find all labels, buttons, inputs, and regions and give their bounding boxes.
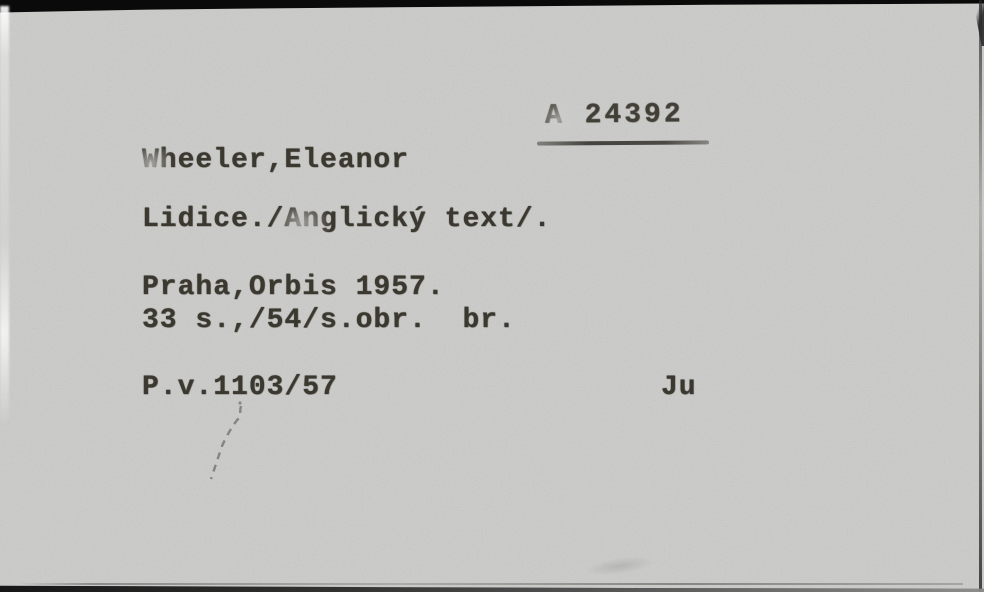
accession-number: A 24392 (545, 101, 684, 130)
title-line: Lidice./Anglický text/. (142, 206, 551, 234)
imprint-line: Praha,Orbis 1957. (142, 274, 445, 302)
scanned-catalog-card: A 24392 Wheeler,Eleanor Lidice./Anglický… (0, 0, 984, 592)
bottom-card-edge-line (18, 583, 963, 585)
left-edge-highlight (0, 6, 9, 426)
record-number: P.v.1103/57 (142, 374, 338, 402)
cataloguer-initials: Ju (661, 374, 697, 402)
author-line: Wheeler,Eleanor (142, 147, 409, 175)
collation-line: 33 s.,/54/s.obr. br. (142, 307, 516, 335)
right-card-edge (979, 0, 982, 592)
